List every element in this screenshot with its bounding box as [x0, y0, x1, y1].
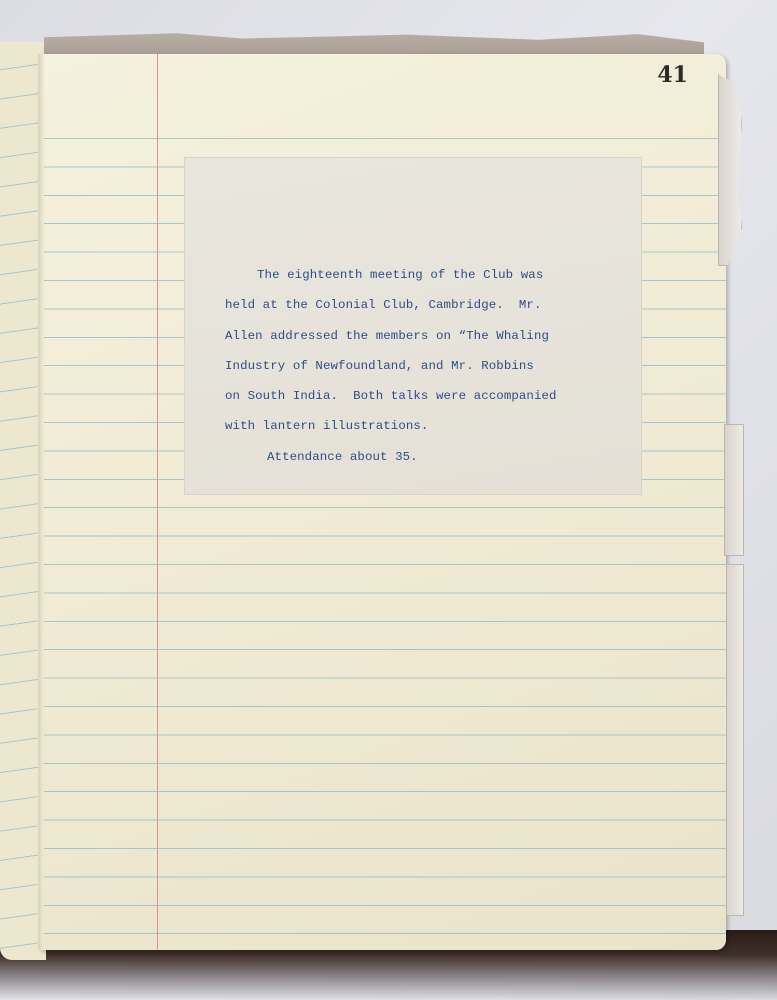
torn-tab: [726, 564, 744, 916]
pasted-typed-note: The eighteenth meeting of the Club was h…: [185, 158, 641, 494]
note-line: Industry of Newfoundland, and Mr. Robbin…: [225, 351, 625, 381]
note-line: with lantern illustrations.: [225, 411, 625, 441]
page-number: 41: [657, 62, 688, 88]
binding-edge: [38, 54, 44, 950]
attendance-line: Attendance about 35.: [225, 442, 625, 472]
torn-tab: [724, 424, 744, 556]
note-line: on South India. Both talks were accompan…: [225, 381, 625, 411]
torn-tab: [718, 74, 742, 266]
note-line: held at the Colonial Club, Cambridge. Mr…: [225, 290, 625, 320]
note-line: The eighteenth meeting of the Club was: [225, 260, 625, 290]
typed-minutes: The eighteenth meeting of the Club was h…: [225, 260, 625, 472]
note-line: Allen addressed the members on “The Whal…: [225, 321, 625, 351]
torn-page-tabs: [718, 64, 758, 924]
margin-line: [157, 54, 158, 950]
